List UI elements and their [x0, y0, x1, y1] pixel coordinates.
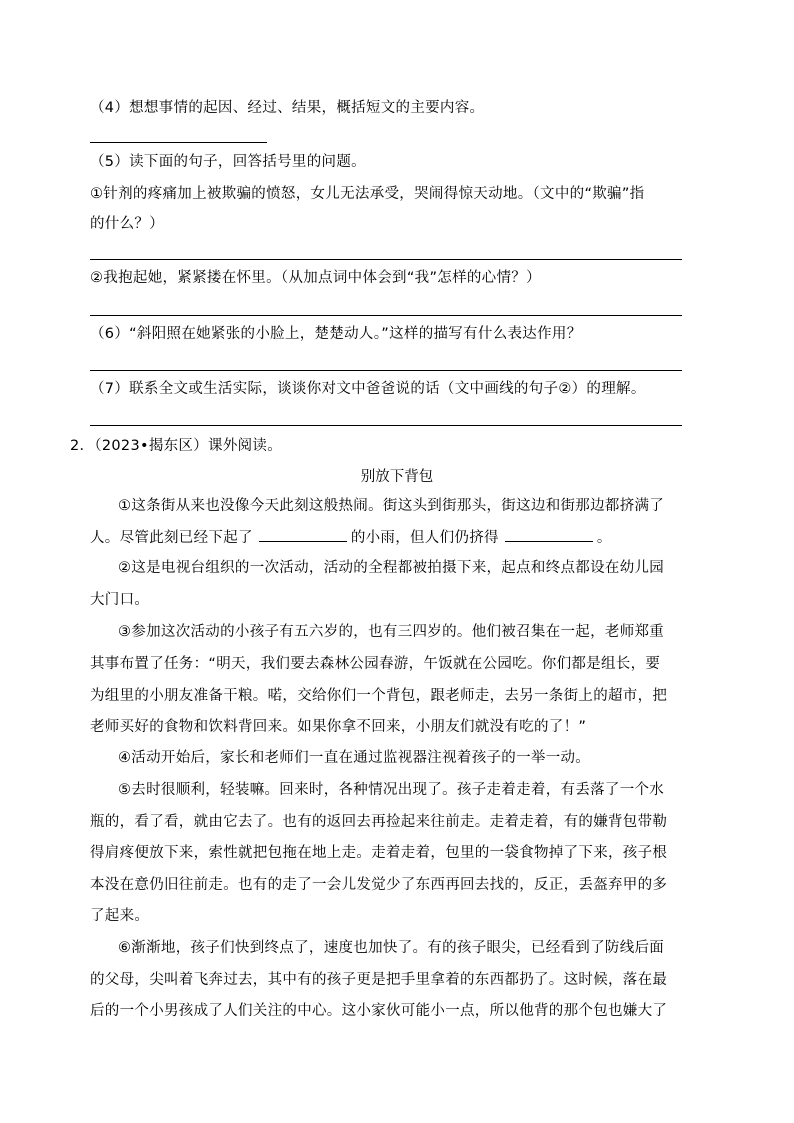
q5-sentence-2: ②我抱起她，紧紧搂在怀里。（从加点词中体会到“我”怎样的心情？） [90, 268, 541, 288]
paragraph-1-line-1: ①这条街从来也没像今天此刻这般热闹。街这头到街那头，街这边和街那边都挤满了 [118, 496, 664, 516]
paragraph-5-line-2: 瓶的，看了看，就由它去了。也有的返回去再捡起来往前走。走着走着，有的嫌背包带勒 [90, 812, 667, 832]
p1-text-b: 的小雨，但人们仍挤得 [351, 530, 499, 546]
paragraph-2-line-1: ②这是电视台组织的一次活动，活动的全程都被拍摄下来，起点和终点都设在幼儿园 [118, 558, 664, 578]
p1-text-c: 。 [597, 530, 612, 546]
paragraph-6-line-3: 后的一个小男孩成了人们关注的中心。这小家伙可能小一点，所以他背的那个包也嫌大了 [90, 1001, 667, 1021]
q7-text: （7）联系全文或生活实际，谈谈你对文中爸爸说的话（文中画线的句子②）的理解。 [90, 379, 646, 399]
problem-2-header: 2．（2023•揭东区）课外阅读。 [70, 436, 282, 456]
blank-2[interactable] [505, 527, 593, 542]
q5-prompt: （5）读下面的句子，回答括号里的问题。 [90, 152, 366, 172]
q5-sentence-1-line-2: 的什么？） [90, 214, 164, 234]
paragraph-3-line-3: 为组里的小朋友准备干粮。喏，交给你们一个背包，跟老师走，去另一条街上的超市，把 [90, 686, 667, 706]
q5-sentence-1-line-1: ①针剂的疼痛加上被欺骗的愤怒，女儿无法承受，哭闹得惊天动地。（文中的“欺骗”指 [90, 184, 644, 204]
q5-answer-line-2[interactable] [90, 315, 682, 316]
q6-text: （6）“斜阳照在她紧张的小脸上，楚楚动人。”这样的描写有什么表达作用？ [90, 324, 582, 344]
paragraph-3-line-1: ③参加这次活动的小孩子有五六岁的，也有三四岁的。他们被召集在一起，老师郑重 [118, 622, 664, 642]
blank-1[interactable] [259, 527, 347, 542]
paragraph-4-line-1: ④活动开始后，家长和老师们一直在通过监视器注视着孩子的一举一动。 [118, 748, 590, 768]
passage-title: 别放下背包 [0, 467, 794, 487]
paragraph-3-line-4: 老师买好的食物和饮料背回来。如果你拿不回来，小朋友们就没有吃的了！” [90, 717, 586, 737]
paragraph-2-line-2: 大门口。 [90, 590, 149, 610]
p1-text-a: 人。尽管此刻已经下起了 [90, 530, 253, 546]
q6-answer-line[interactable] [90, 370, 682, 371]
q5-answer-line-1[interactable] [90, 259, 682, 260]
paragraph-5-line-1: ⑤去时很顺利，轻装嘛。回来时，各种情况出现了。孩子走着走着，有丢落了一个水 [118, 780, 664, 800]
paragraph-1-line-2: 人。尽管此刻已经下起了的小雨，但人们仍挤得。 [90, 527, 612, 548]
paragraph-3-line-2: 其事布置了任务：“明天，我们要去森林公园春游，午饭就在公园吃。你们都是组长，要 [90, 654, 660, 674]
paragraph-5-line-4: 本没在意仍旧往前走。也有的走了一会儿发觉少了东西再回去找的，反正，丢盔弃甲的多 [90, 875, 667, 895]
paragraph-6-line-2: 的父母，尖叫着飞奔过去，其中有的孩子更是把手里拿着的东西都扔了。这时候，落在最 [90, 970, 667, 990]
paragraph-6-line-1: ⑥渐渐地，孩子们快到终点了，速度也加快了。有的孩子眼尖，已经看到了防线后面 [118, 938, 664, 958]
paragraph-5-line-3: 得肩疼便放下来，索性就把包拖在地上走。走着走着，包里的一袋食物掉了下来，孩子根 [90, 843, 667, 863]
q4-text: （4）想想事情的起因、经过、结果，概括短文的主要内容。 [90, 98, 484, 118]
paragraph-5-line-5: 了起来。 [90, 906, 149, 926]
q7-answer-line[interactable] [90, 425, 682, 426]
q4-answer-line[interactable] [90, 142, 267, 143]
